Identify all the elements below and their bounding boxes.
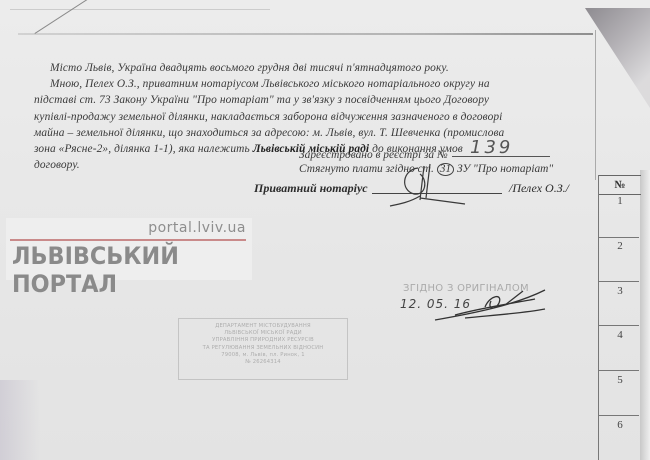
watermark-title: ЛЬВІВСЬКИЙ ПОРТАЛ (12, 242, 235, 298)
notary-name: /Пелех О.З./ (509, 181, 569, 196)
body-line-1: підставі ст. 73 Закону України "Про нота… (34, 92, 575, 108)
scan-shadow (0, 380, 40, 460)
certification-signature-icon (395, 285, 555, 325)
registry-underline (452, 156, 550, 157)
row-divider (599, 237, 639, 238)
stamp-line-5: 79008, м. Львів, пл. Ринок, 1 (179, 352, 347, 359)
numbering-row-2: 2 (599, 240, 641, 252)
stamp-line-2: ЛЬВІВСЬКОЇ МІСЬКОЇ РАДИ (179, 330, 347, 337)
watermark-url: portal.lviv.ua (148, 220, 246, 236)
watermark-divider (10, 239, 246, 241)
scan-artifact-line (10, 9, 270, 10)
numbering-table: № 1 2 3 4 5 6 (598, 175, 641, 460)
numbering-row-5: 5 (599, 374, 641, 386)
numbering-row-6: 6 (599, 419, 641, 431)
numbering-row-4: 4 (599, 329, 641, 341)
stamp-text-block: ДЕПАРТАМЕНТ МІСТОБУДУВАННЯ ЛЬВІВСЬКОЇ МІ… (179, 323, 347, 366)
notary-signature-icon (380, 160, 470, 210)
pen-stroke (34, 0, 102, 34)
row-divider (599, 370, 639, 371)
next-page-shadow (640, 170, 650, 460)
row-divider (599, 281, 639, 282)
stamp-line-6: № 26264314 (179, 359, 347, 366)
notary-label: Приватний нотаріус (254, 181, 368, 196)
registry-number-handwritten: 139 (470, 137, 513, 158)
body-line-4-text: зона «Рясне-2», ділянка 1-1), яка належи… (34, 143, 253, 155)
city-date-line: Місто Львів, Україна двадцять восьмого г… (40, 60, 575, 76)
stamp-line-4: ТА РЕГУЛЮВАННЯ ЗЕМЕЛЬНИХ ВІДНОСИН (179, 345, 347, 352)
stamp-line-3: УПРАВЛІННЯ ПРИРОДНИХ РЕСУРСІВ (179, 337, 347, 344)
document-top-border (18, 33, 593, 35)
notary-intro-line: Мною, Пелех О.З., приватним нотаріусом Л… (40, 76, 575, 92)
numbering-header: № (599, 175, 641, 195)
numbering-row-1: 1 (599, 195, 641, 207)
numbering-row-3: 3 (599, 285, 641, 297)
page-edge-line (595, 30, 596, 180)
portal-watermark: portal.lviv.ua ЛЬВІВСЬКИЙ ПОРТАЛ (6, 218, 252, 280)
row-divider (599, 415, 639, 416)
scanned-document-page: Місто Львів, Україна двадцять восьмого г… (0, 0, 650, 460)
official-rectangular-stamp: ДЕПАРТАМЕНТ МІСТОБУДУВАННЯ ЛЬВІВСЬКОЇ МІ… (178, 318, 348, 380)
row-divider (599, 325, 639, 326)
body-line-2: купівлі-продажу земельної ділянки, накла… (34, 109, 575, 125)
